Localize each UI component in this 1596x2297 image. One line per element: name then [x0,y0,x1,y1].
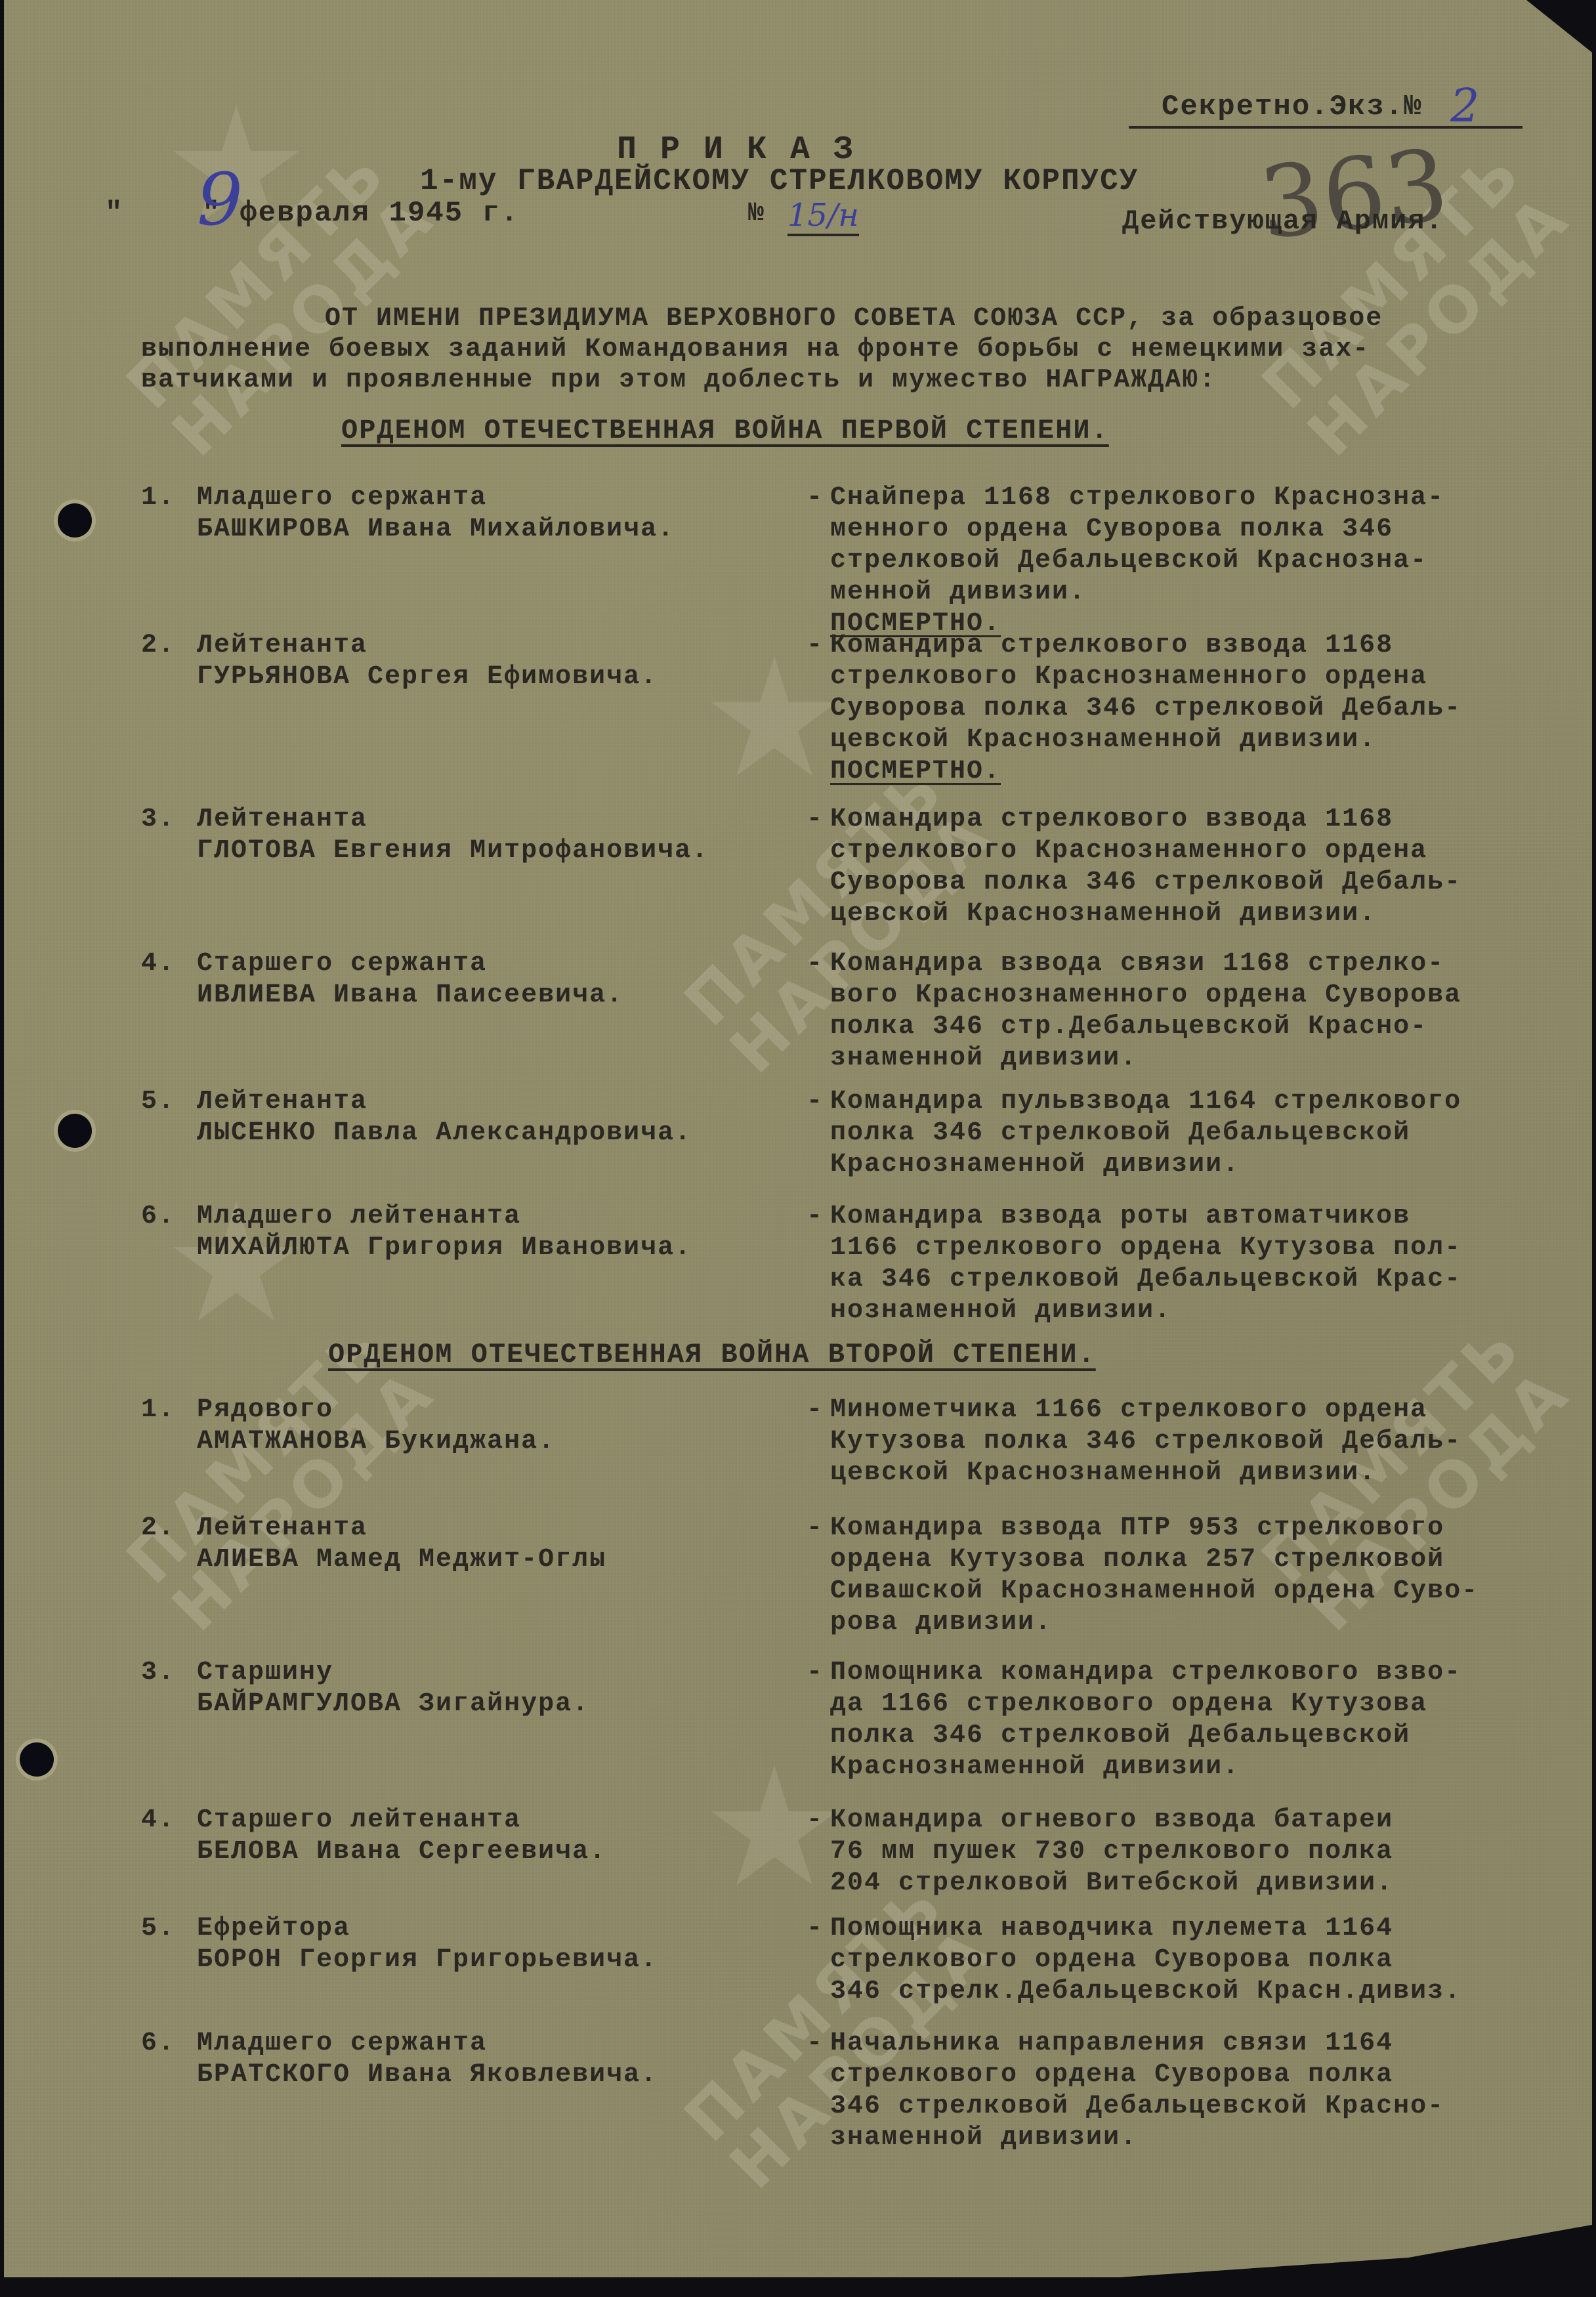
entry-rank: Младшего лейтенанта [197,1201,521,1233]
entry-name: ГУРЬЯНОВА Сергея Ефимовича. [197,662,658,693]
description-line: Командира взвода связи 1168 стрелко- [830,948,1585,980]
entry-number: 2. [141,1513,175,1544]
description-line: Командира пульвзвода 1164 стрелкового [830,1086,1585,1118]
dash-marker: - [807,1201,824,1233]
entry-rank: Рядового [197,1395,333,1426]
entry-description: -Командира стрелкового взвода 1168стрелк… [830,630,1585,788]
description-line: стрелкового Краснознаменного ордена [830,835,1585,867]
entry-rank: Лейтенанта [197,804,367,835]
description-line: рова дивизии. [830,1607,1585,1639]
entry-name: БАЙРАМГУЛОВА Зигайнура. [197,1689,589,1720]
description-line: ка 346 стрелковой Дебальцевской Крас- [830,1264,1585,1296]
copy-number-handwritten: 2 [1450,79,1480,133]
description-line: цевской Краснознаменной дивизии. [830,1458,1585,1489]
entry-number: 6. [141,2028,175,2059]
description-line: Суворова полка 346 стрелковой Дебаль- [830,693,1585,725]
entry-rank: Лейтенанта [197,1513,367,1544]
entry-number: 4. [141,948,175,980]
dash-marker: - [807,630,824,662]
punch-hole [58,1114,92,1148]
dash-marker: - [807,948,824,980]
description-line: Суворова полка 346 стрелковой Дебаль- [830,867,1585,898]
entry-description: -Командира взвода связи 1168 стрелко-вог… [830,948,1585,1074]
entry-description: -Командира огневого взвода батареи76 мм … [830,1805,1585,1899]
entry-number: 5. [141,1913,175,1945]
description-line: Сивашской Краснознаменной ордена Суво- [830,1576,1585,1607]
entry-description: -Командира взвода роты автоматчиков1166 … [830,1201,1585,1327]
description-line: 1166 стрелкового ордена Кутузова пол- [830,1233,1585,1264]
entry-number: 2. [141,630,175,662]
entry-rank: Младшего сержанта [197,2028,487,2059]
order-date: "" февраля 1945 г. [105,197,519,230]
entry-name: АЛИЕВА Мамед Меджит-Оглы [197,1544,606,1576]
order-preamble: ОТ ИМЕНИ ПРЕЗИДИУМА ВЕРХОВНОГО СОВЕТА СО… [141,303,1552,396]
description-line: стрелкового ордена Суворова полка [830,2059,1585,2091]
order-number-handwritten: 15/н [787,197,859,236]
dash-marker: - [807,1805,824,1836]
entry-description: -Командира взвода ПТР 953 стрелковогоорд… [830,1513,1585,1639]
entry-name: БРАТСКОГО Ивана Яковлевича. [197,2059,658,2091]
description-line: менной дивизии. [830,577,1585,608]
entry-description: -Помощника командира стрелкового взво-да… [830,1657,1585,1783]
entry-number: 1. [141,482,175,514]
description-line: 76 мм пушек 730 стрелкового полка [830,1836,1585,1868]
description-line: Командира взвода роты автоматчиков [830,1201,1585,1233]
archive-number-pencil: 363 [1255,129,1454,262]
description-line: Краснознаменной дивизии. [830,1752,1585,1783]
entry-rank: Старшего лейтенанта [197,1805,521,1836]
dash-marker: - [807,1086,824,1118]
description-line: Кутузова полка 346 стрелковой Дебаль- [830,1426,1585,1458]
entry-description: -Командира пульвзвода 1164 стрелковогопо… [830,1086,1585,1181]
description-line: стрелковой Дебальцевской Краснозна- [830,545,1585,577]
dash-marker: - [807,1913,824,1945]
date-day-handwritten: 9 [197,158,243,242]
entry-rank: Младшего сержанта [197,482,487,514]
description-line: менного ордена Суворова полка 346 [830,514,1585,545]
dash-marker: - [807,482,824,514]
entry-number: 5. [141,1086,175,1118]
entry-rank: Старшего сержанта [197,948,487,980]
section-heading-first-degree: ОРДЕНОМ ОТЕЧЕСТВЕННАЯ ВОЙНА ПЕРВОЙ СТЕПЕ… [341,415,1109,446]
description-line: знаменной дивизии. [830,2122,1585,2154]
entry-name: БЕЛОВА Ивана Сергеевича. [197,1836,606,1868]
entry-name: АМАТЖАНОВА Букиджана. [197,1426,555,1458]
entry-description: -Помощника наводчика пулемета 1164стрелк… [830,1913,1585,2008]
dash-marker: - [807,804,824,835]
entry-description: -Начальника направления связи 1164стрелк… [830,2028,1585,2154]
description-line: полка 346 стр.Дебальцевской Красно- [830,1011,1585,1043]
posthumous-mark: ПОСМЕРТНО. [830,756,1585,788]
description-line: Командира огневого взвода батареи [830,1805,1585,1836]
description-line: цевской Краснознаменной дивизии. [830,725,1585,756]
punch-hole [20,1742,54,1777]
entry-name: БОРОН Георгия Григорьевича. [197,1945,658,1976]
entry-description: -Командира стрелкового взвода 1168стрелк… [830,804,1585,930]
section-heading-second-degree: ОРДЕНОМ ОТЕЧЕСТВЕННАЯ ВОЙНА ВТОРОЙ СТЕПЕ… [328,1339,1096,1370]
entry-rank: Лейтенанта [197,1086,367,1118]
description-line: Командира стрелкового взвода 1168 [830,630,1585,662]
description-line: Краснознаменной дивизии. [830,1149,1585,1181]
description-line: цевской Краснознаменной дивизии. [830,898,1585,930]
description-line: да 1166 стрелкового ордена Кутузова [830,1689,1585,1720]
entry-name: ИВЛИЕВА Ивана Паисеевича. [197,980,623,1011]
description-line: полка 346 стрелковой Дебальцевской [830,1118,1585,1149]
description-line: Командира взвода ПТР 953 стрелкового [830,1513,1585,1544]
description-line: 204 стрелковой Витебской дивизии. [830,1868,1585,1899]
entry-description: -Снайпера 1168 стрелкового Краснозна-мен… [830,482,1585,640]
description-line: 346 стрелк.Дебальцевской Красн.дивиз. [830,1976,1585,2008]
document-title: ПРИКАЗ [617,131,877,169]
entry-rank: Старшину [197,1657,333,1689]
description-line: Снайпера 1168 стрелкового Краснозна- [830,482,1585,514]
location-text: Действующая Армия. [1122,205,1444,237]
entry-description: -Минометчика 1166 стрелкового орденаКуту… [830,1395,1585,1489]
classification-underline [1129,126,1522,129]
description-line: Минометчика 1166 стрелкового ордена [830,1395,1585,1426]
description-line: стрелкового ордена Суворова полка [830,1945,1585,1976]
order-number-label: № [748,199,765,228]
entry-number: 4. [141,1805,175,1836]
description-line: Начальника направления связи 1164 [830,2028,1585,2059]
description-line: нознаменной дивизии. [830,1296,1585,1327]
entry-number: 6. [141,1201,175,1233]
dash-marker: - [807,1657,824,1689]
entry-rank: Лейтенанта [197,630,367,662]
description-line: Помощника наводчика пулемета 1164 [830,1913,1585,1945]
entry-name: МИХАЙЛЮТА Григория Ивановича. [197,1233,692,1264]
dash-marker: - [807,2028,824,2059]
description-line: вого Краснознаменного ордена Суворова [830,980,1585,1011]
description-line: полка 346 стрелковой Дебальцевской [830,1720,1585,1752]
description-line: стрелкового Краснознаменного ордена [830,662,1585,693]
description-line: Помощника командира стрелкового взво- [830,1657,1585,1689]
entry-name: ЛЫСЕНКО Павла Александровича. [197,1118,692,1149]
description-line: знаменной дивизии. [830,1043,1585,1074]
description-line: 346 стрелковой Дебальцевской Красно- [830,2091,1585,2122]
entry-name: БАШКИРОВА Ивана Михайловича. [197,514,675,545]
entry-rank: Ефрейтора [197,1913,350,1945]
entry-number: 3. [141,1657,175,1689]
entry-number: 3. [141,804,175,835]
dash-marker: - [807,1395,824,1426]
description-line: Командира стрелкового взвода 1168 [830,804,1585,835]
document-addressee: 1-му ГВАРДЕЙСКОМУ СТРЕЛКОВОМУ КОРПУСУ [420,164,1139,198]
description-line: ордена Кутузова полка 257 стрелковой [830,1544,1585,1576]
classification-stamp: Секретно.Экз.№ [1162,91,1423,123]
punch-hole [58,503,92,537]
entry-number: 1. [141,1395,175,1426]
entry-name: ГЛОТОВА Евгения Митрофановича. [197,835,709,867]
dash-marker: - [807,1513,824,1544]
